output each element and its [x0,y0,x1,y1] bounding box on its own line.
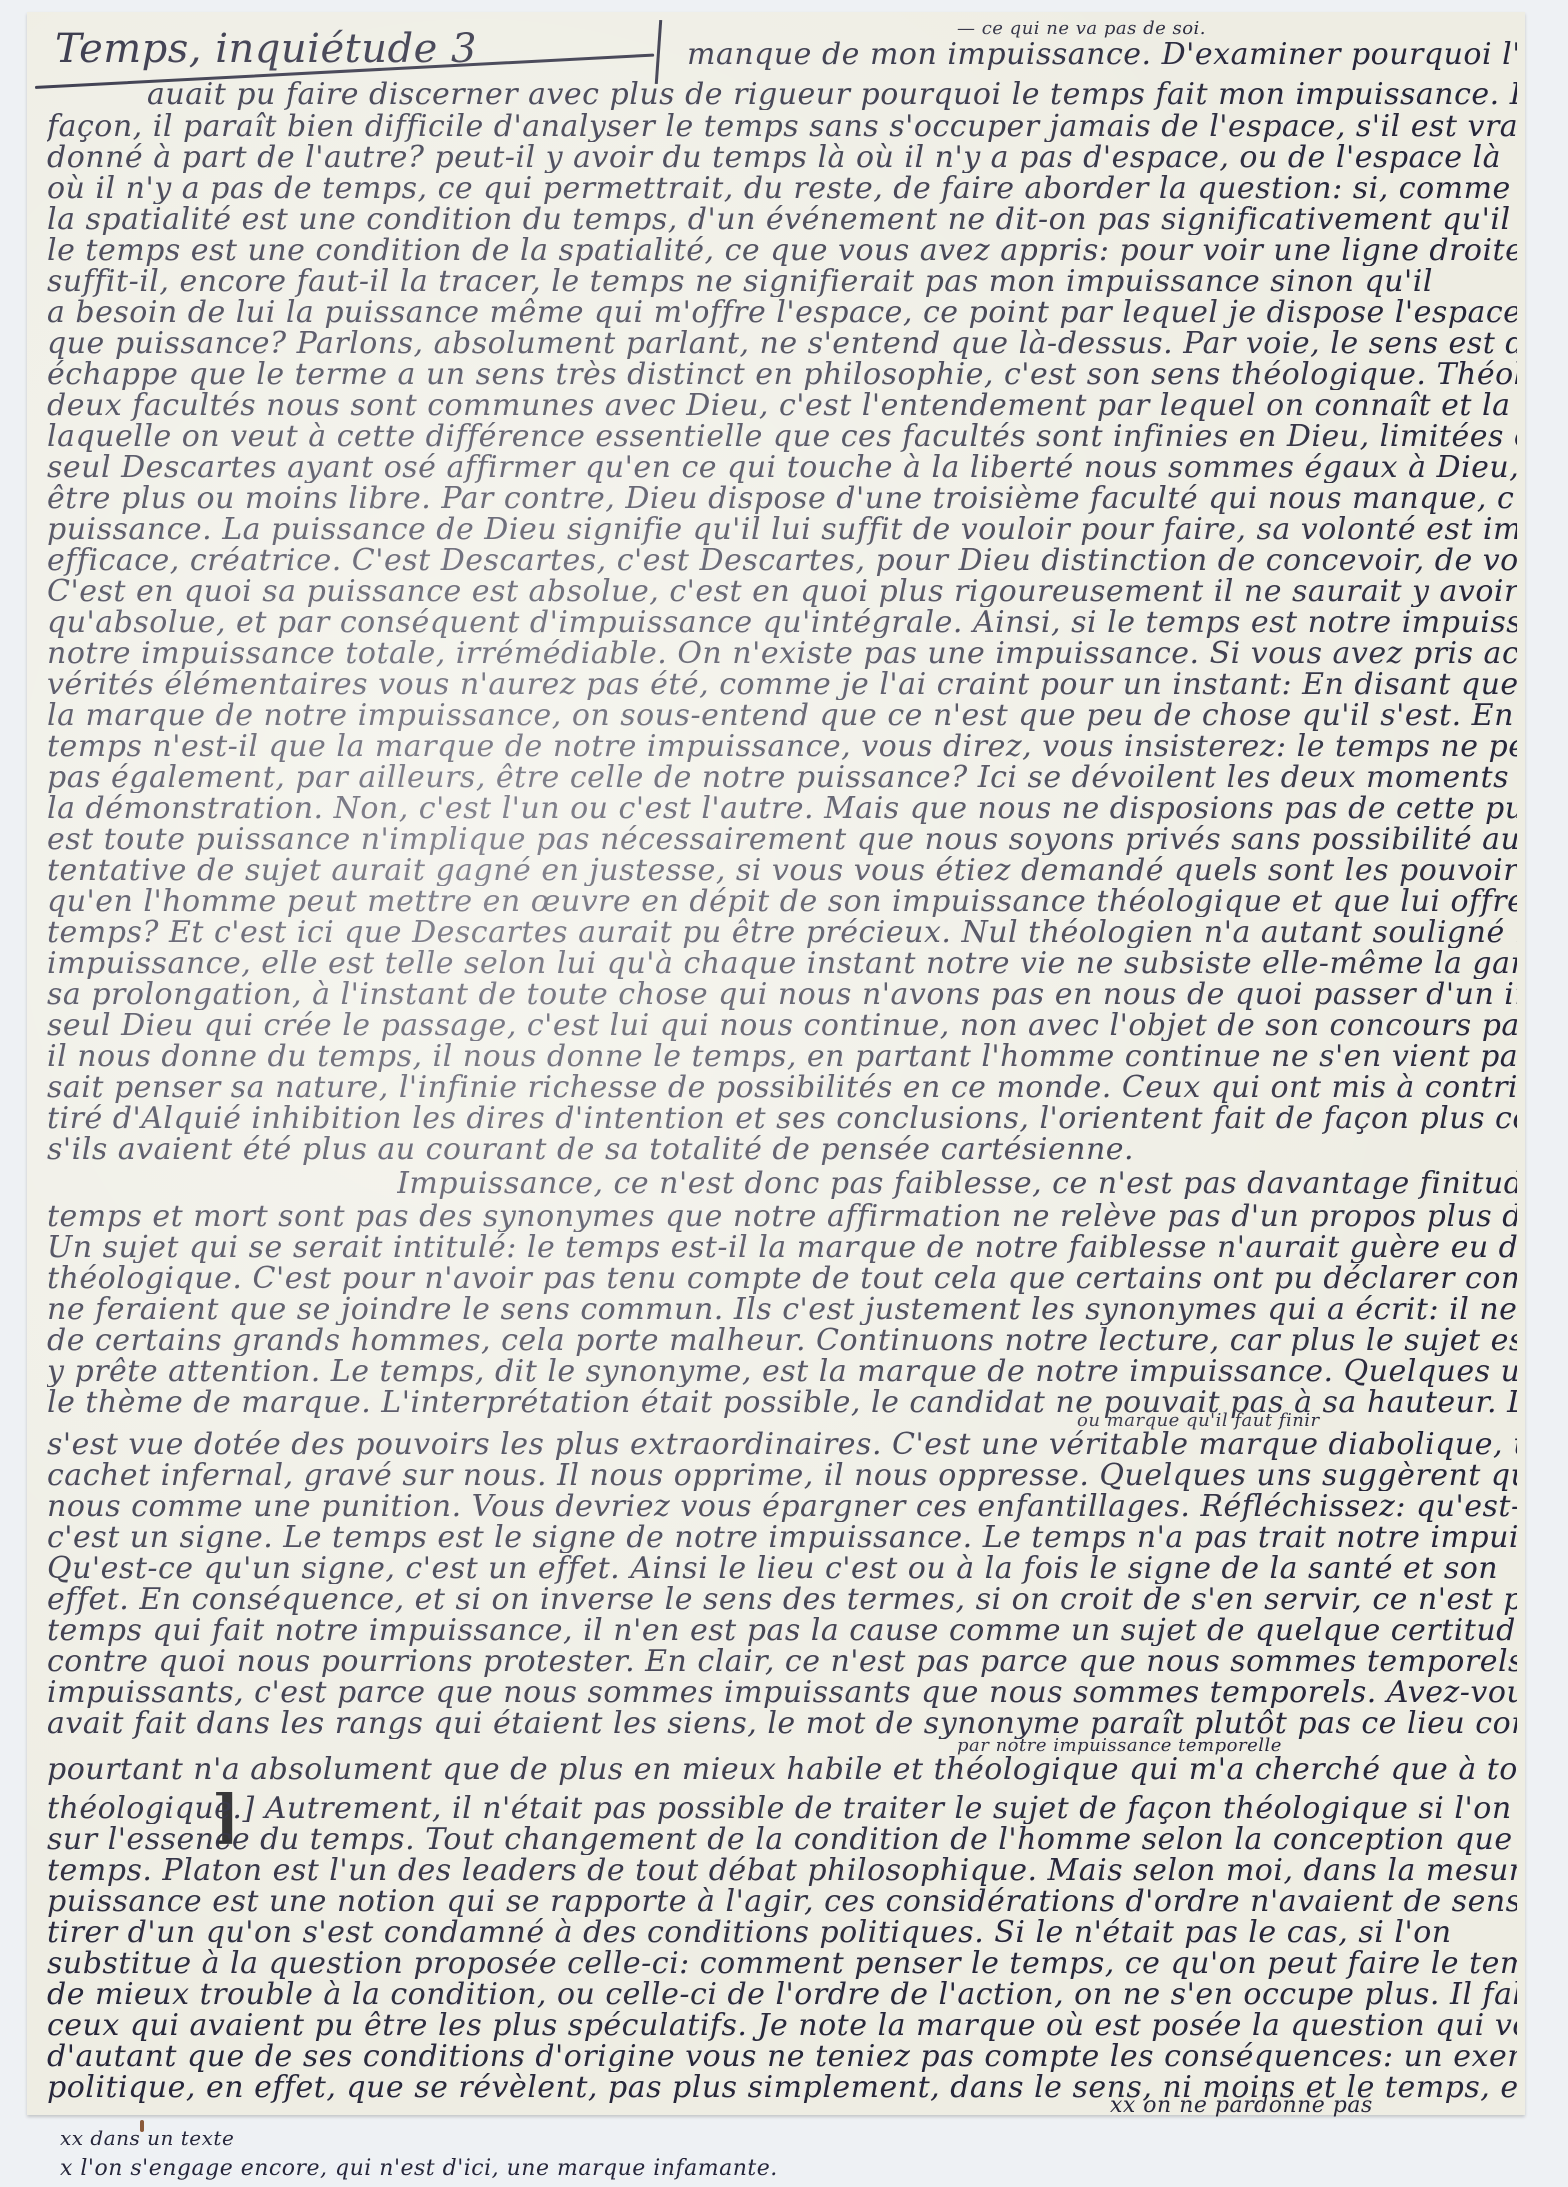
text-line: temps. Platon est l'un des leaders de to… [47,1856,1517,1886]
footnote-left-1: xx dans un texte [60,2128,234,2148]
text-line: y prête attention. Le temps, dit le syno… [47,1357,1517,1387]
text-line: le temps est une condition de la spatial… [47,236,1517,266]
manuscript-page: Temps, inquiétude 3 — ce qui ne va pas d… [27,12,1525,2115]
text-line: s'est vue dotée des pouvoirs les plus ex… [47,1430,1517,1460]
footnote-left-2: x l'on s'engage encore, qui n'est d'ici,… [60,2158,778,2180]
text-line: être plus ou moins libre. Par contre, Di… [47,484,1517,514]
text-line: seul Descartes ayant osé affirmer qu'en … [47,453,1517,483]
text-line: laquelle on veut à cette différence esse… [47,422,1517,452]
text-line: tirer d'un qu'on s'est condamné à des co… [47,1918,1517,1948]
text-line: la démonstration. Non, c'est l'un ou c'e… [47,794,1517,824]
page-title: Temps, inquiétude 3 [55,26,477,72]
interlinear-note: ou marque qu'il faut finir [1077,1412,1320,1430]
text-line: impuissance, elle est telle selon lui qu… [47,949,1517,979]
header-bracket-mark [655,20,662,84]
text-line: ne feraient que se joindre le sens commu… [47,1295,1517,1325]
interlinear-note: — ce qui ne va pas de soi. [957,20,1206,38]
text-line: impuissants, c'est parce que nous sommes… [47,1678,1517,1708]
text-line: Qu'est-ce qu'un signe, c'est un effet. A… [47,1554,1517,1584]
text-line: Impuissance, ce n'est donc pas faiblesse… [397,1169,1517,1199]
text-line: effet. En conséquence, et si on inverse … [47,1585,1517,1615]
text-line: C'est en quoi sa puissance est absolue, … [47,577,1517,607]
text-line: que puissance? Parlons, absolument parla… [47,329,1517,359]
text-line: où il n'y a pas de temps, ce qui permett… [47,174,1517,204]
text-line: Un sujet qui se serait intitulé: le temp… [47,1233,1517,1263]
text-line: avait fait dans les rangs qui étaient le… [47,1709,1517,1739]
text-line: tentative de sujet aurait gagné en juste… [47,856,1517,886]
text-line: sur l'essence du temps. Tout changement … [47,1825,1517,1855]
text-line: efficace, créatrice. C'est Descartes, c'… [47,546,1517,576]
bracket-mark: ] [212,1782,239,1850]
text-line: donné à part de l'autre? peut-il y avoir… [47,143,1517,173]
text-line: contre quoi nous pourrions protester. En… [47,1647,1517,1677]
header-underline-stroke [35,54,654,89]
text-line: s'ils avaient été plus au courant de sa … [47,1135,1147,1165]
text-line: puissance est une notion qui se rapporte… [47,1887,1517,1917]
text-line: échappe que le terme a un sens très dist… [47,360,1517,390]
text-line: façon, il paraît bien difficile d'analys… [47,112,1517,142]
text-line: la marque de notre impuissance, on sous-… [47,701,1517,731]
text-line: de mieux trouble à la condition, ou cell… [47,1980,1517,2010]
text-line: nous comme une punition. Vous devriez vo… [47,1492,1517,1522]
text-line: temps et mort sont pas des synonymes que… [47,1202,1517,1232]
text-line: ceux qui avaient pu être les plus spécul… [47,2011,1517,2041]
paper-speck [140,2120,144,2132]
text-line: pourtant n'a absolument que de plus en m… [47,1755,1517,1785]
text-line: suffit-il, encore faut-il la tracer, le … [47,267,1517,297]
text-line: est toute puissance n'implique pas néces… [47,825,1517,855]
text-line: seul Dieu qui crée le passage, c'est lui… [47,1011,1517,1041]
text-line: cachet infernal, gravé sur nous. Il nous… [47,1461,1517,1491]
text-line: c'est un signe. Le temps est le signe de… [47,1523,1517,1553]
text-line: deux facultés nous sont communes avec Di… [47,391,1517,421]
text-line: temps n'est-il que la marque de notre im… [47,732,1517,762]
text-line: pas également, par ailleurs, être celle … [47,763,1517,793]
text-line: sa prolongation, à l'instant de toute ch… [47,980,1517,1010]
page-header: Temps, inquiétude 3 [45,20,660,90]
text-line: le thème de marque. L'interprétation éta… [47,1388,1517,1418]
text-line: temps? Et c'est ici que Descartes aurait… [47,918,1517,948]
text-line: sait penser sa nature, l'infinie richess… [47,1073,1517,1103]
text-line: qu'en l'homme peut mettre en œuvre en dé… [47,887,1517,917]
text-line: tiré d'Alquié inhibition les dires d'int… [47,1104,1517,1134]
text-line: qu'absolue, et par conséquent d'impuissa… [47,608,1517,638]
text-line: il nous donne du temps, il nous donne le… [47,1042,1517,1072]
text-line: vérités élémentaires vous n'aurez pas ét… [47,670,1517,700]
text-line: d'autant que de ses conditions d'origine… [47,2042,1517,2072]
interlinear-note: par notre impuissance temporelle [957,1737,1282,1755]
text-line: puissance. La puissance de Dieu signifie… [47,515,1517,545]
text-line: la spatialité est une condition du temps… [47,205,1517,235]
text-line: temps qui fait notre impuissance, il n'e… [47,1616,1517,1646]
text-line: théologique. C'est pour n'avoir pas tenu… [47,1264,1517,1294]
text-line: auait pu faire discerner avec plus de ri… [147,80,1517,110]
text-line: notre impuissance totale, irrémédiable. … [47,639,1517,669]
text-line: manque de mon impuissance. D'examiner po… [687,40,1517,70]
text-line: substitue à la question proposée celle-c… [47,1949,1517,1979]
text-line: a besoin de lui la puissance même qui m'… [47,298,1517,328]
text-line: théologique.] Autrement, il n'était pas … [47,1794,1517,1824]
footnote-right: xx on ne pardonne pas [1110,2095,1373,2117]
text-line: de certains grands hommes, cela porte ma… [47,1326,1517,1356]
